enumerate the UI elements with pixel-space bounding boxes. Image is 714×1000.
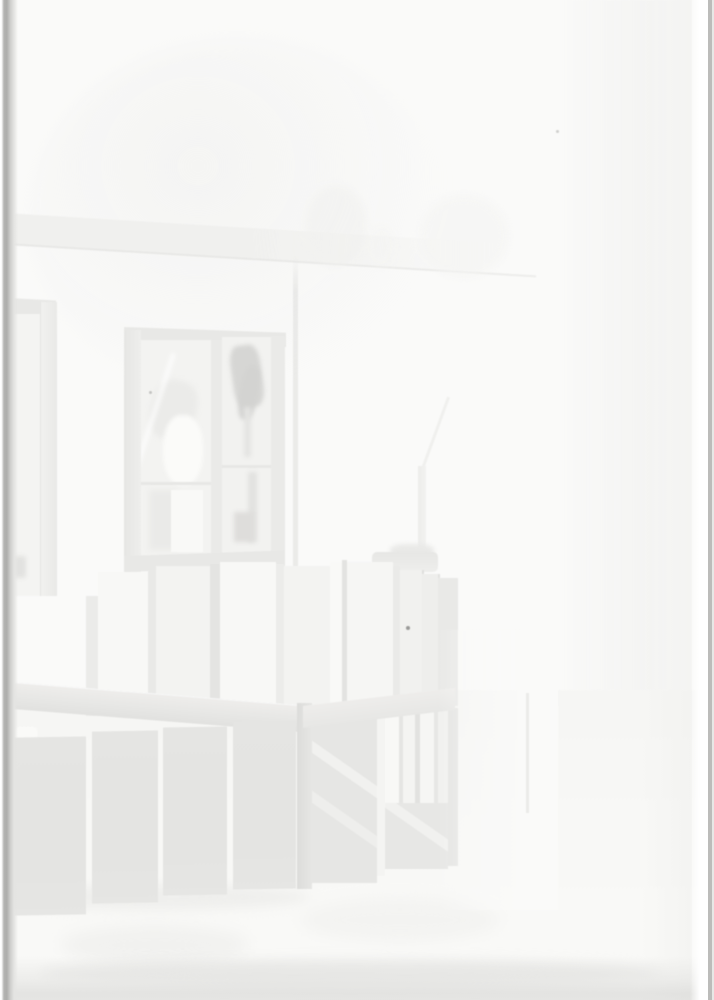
faint-inscription-smudge xyxy=(305,185,367,267)
book-spine xyxy=(400,570,424,706)
bottom-scan-shadow xyxy=(0,956,714,1000)
cabinet-left-glass-door xyxy=(141,340,211,562)
scanned-photo-page xyxy=(0,0,714,1000)
faded-interior-photograph xyxy=(0,0,714,1000)
scanner-edge-left xyxy=(0,0,18,1000)
railing-panel xyxy=(233,720,296,889)
cabinet-shelf-line xyxy=(222,465,271,468)
cabinet-content-highlight xyxy=(171,490,203,552)
book-spine xyxy=(98,572,150,706)
dust-speck xyxy=(149,391,152,394)
book-spine xyxy=(284,566,332,706)
cabinet-right-stile xyxy=(271,336,285,568)
book-spine xyxy=(276,564,284,706)
cabinet-shelf-line xyxy=(141,482,211,485)
railing-brace-panel xyxy=(312,707,377,883)
book-spine xyxy=(330,562,342,706)
paper-crease xyxy=(526,693,529,813)
cabinet-content-smudge xyxy=(234,512,254,542)
overexposure-fade xyxy=(438,630,558,910)
book-spine xyxy=(385,705,399,803)
railing-panel xyxy=(163,726,227,895)
book-spine xyxy=(156,566,212,706)
railing-panel xyxy=(92,730,158,903)
scanner-edge-right-highlight xyxy=(690,0,708,1000)
railing-gap-post xyxy=(377,706,385,876)
railing-panel xyxy=(14,736,86,915)
faint-inscription-smudge xyxy=(420,195,508,277)
dust-speck xyxy=(556,130,559,133)
diagonal-brace xyxy=(312,788,377,859)
figurine-stem xyxy=(244,407,251,457)
book-spine xyxy=(347,562,393,706)
dust-speck xyxy=(406,626,410,630)
door-frame-jamb xyxy=(40,302,57,596)
lamp-stem xyxy=(418,466,426,550)
cabinet-left-stile xyxy=(124,330,141,576)
book-spine xyxy=(393,566,400,706)
faint-inscription-smudge xyxy=(368,225,396,267)
book-spine xyxy=(220,562,276,706)
book-spine xyxy=(210,564,220,706)
book-spine xyxy=(420,707,434,803)
cabinet-center-divider xyxy=(211,340,222,568)
white-vessel xyxy=(163,415,203,485)
railing-corner-post xyxy=(297,703,312,889)
book-spine xyxy=(148,570,156,706)
scanner-edge-right-shade xyxy=(640,0,692,1000)
book-spine xyxy=(403,707,415,803)
cabinet-right-glass-door xyxy=(222,337,271,557)
